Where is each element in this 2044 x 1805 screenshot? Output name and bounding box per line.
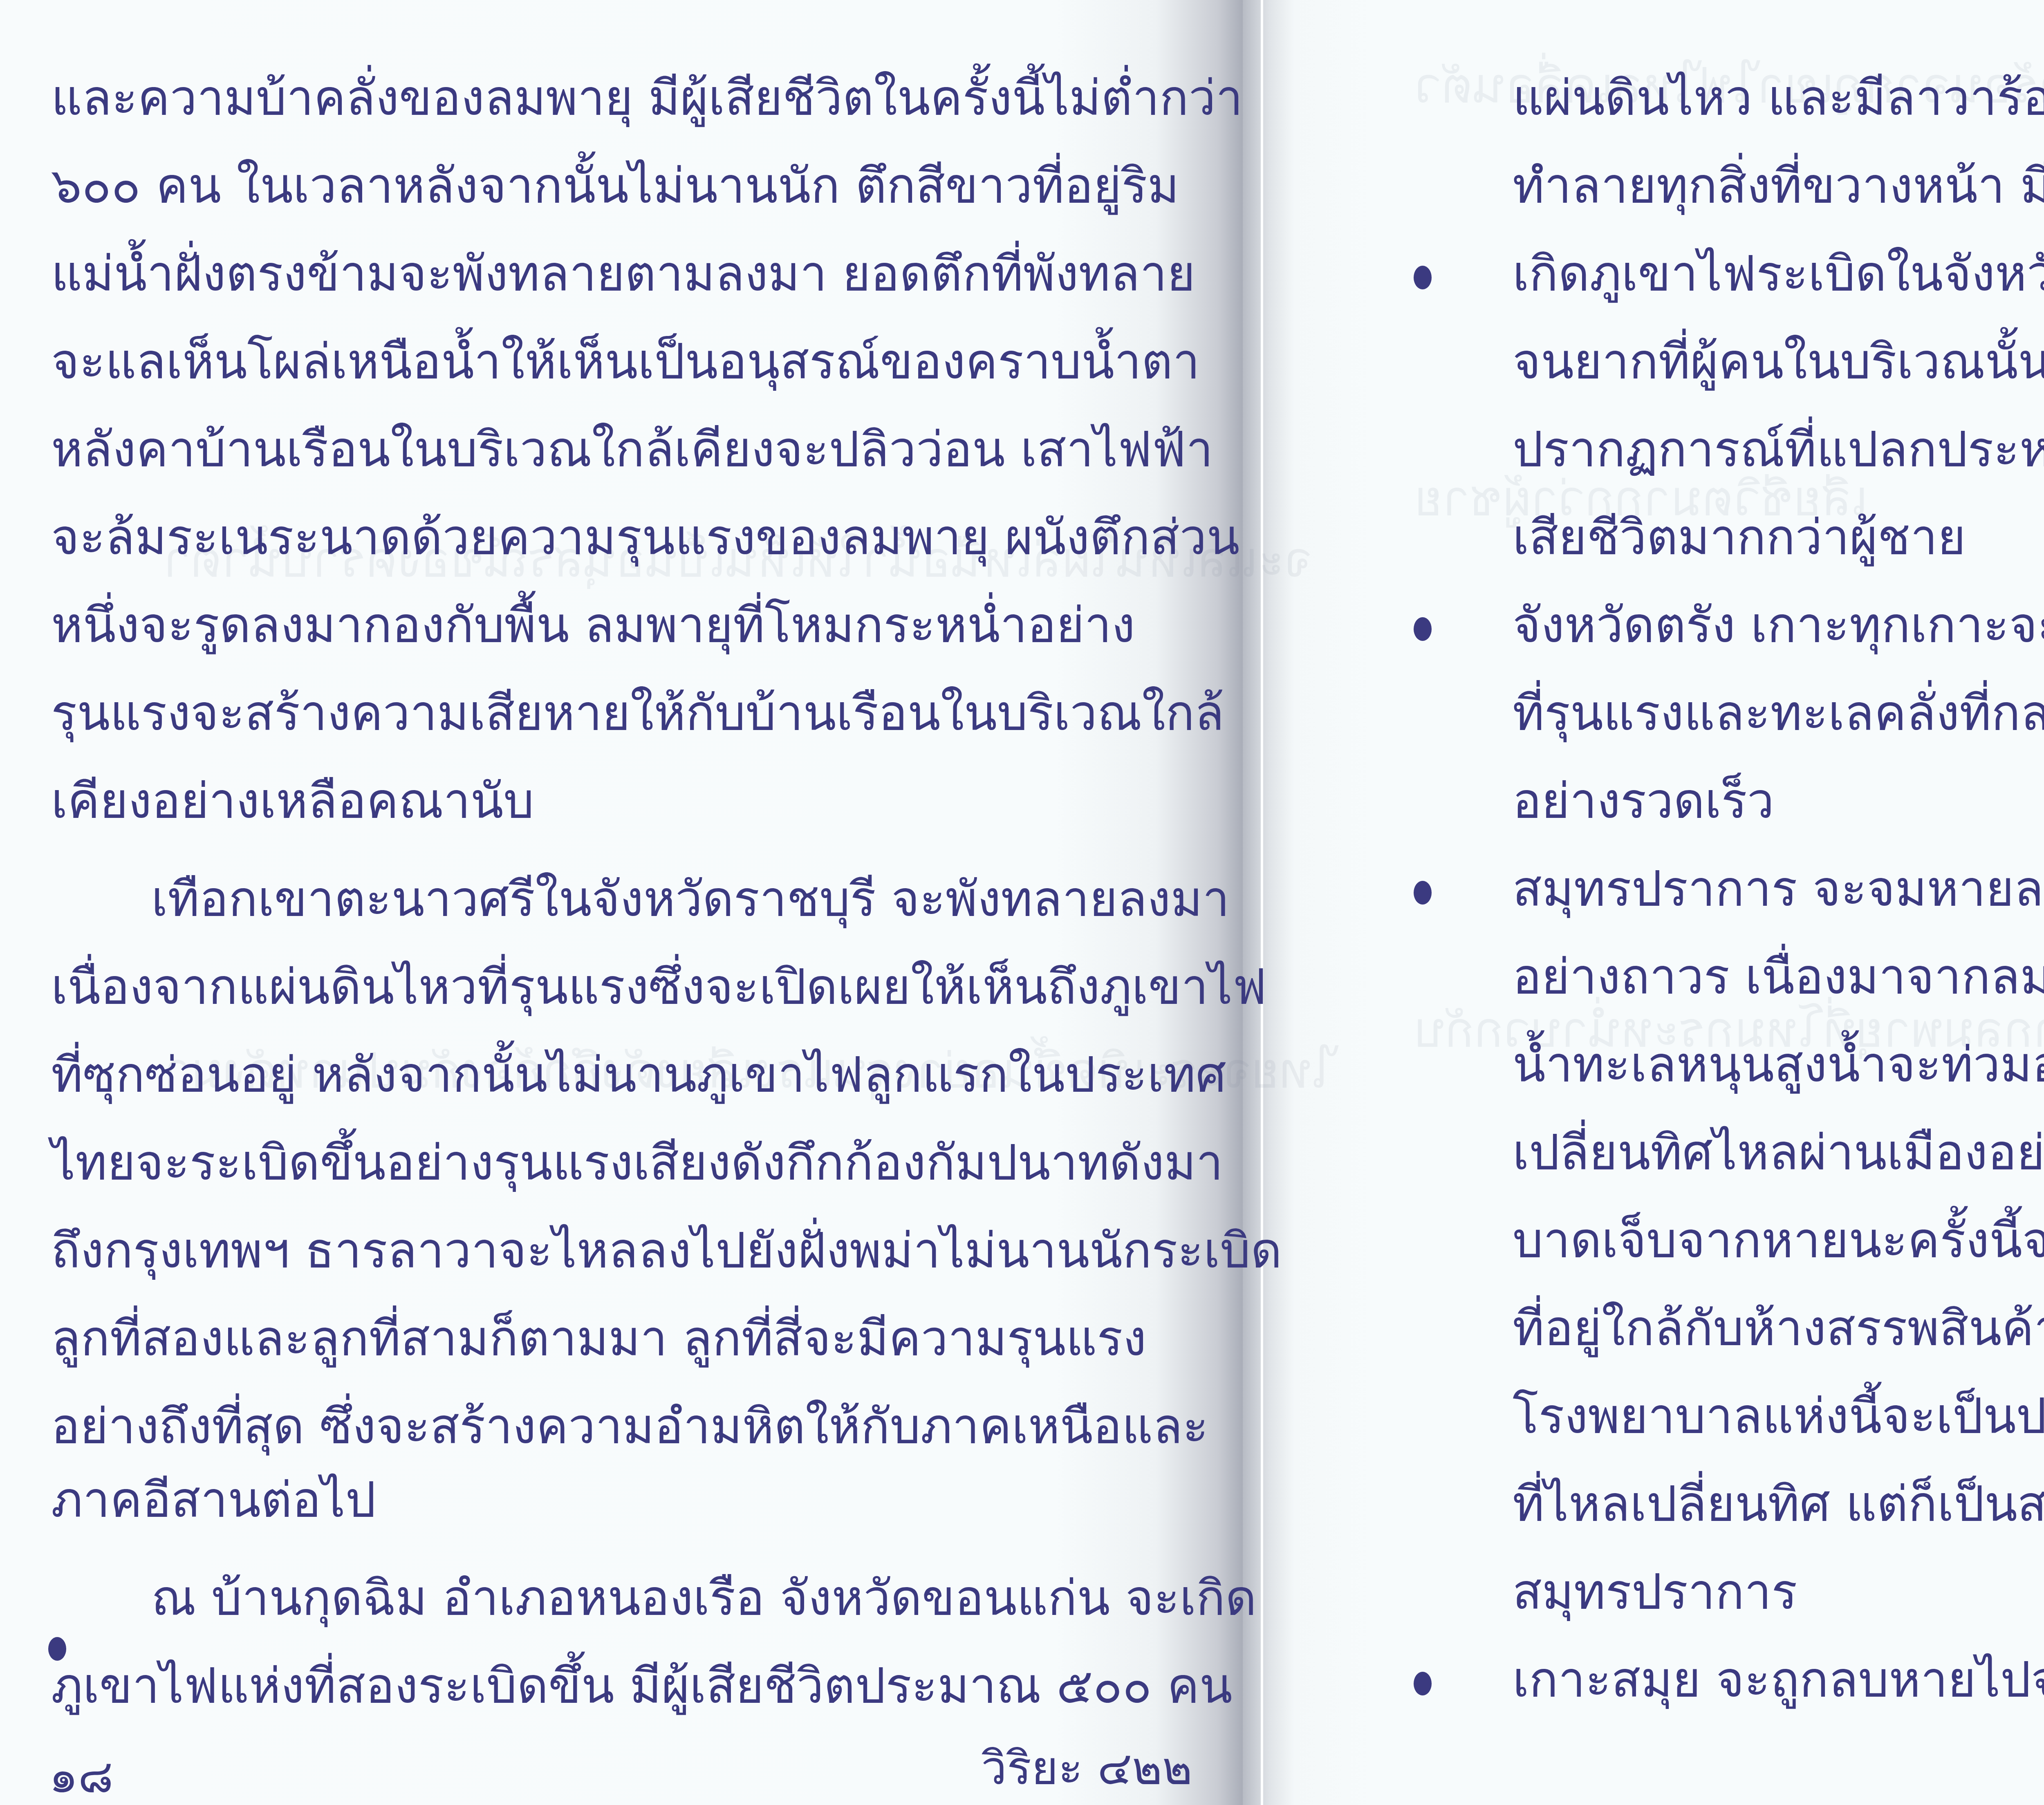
body-text-line: ๖๐๐ คน ในเวลาหลังจากนั้นไม่นานนัก ตึกสีข… bbox=[51, 161, 1132, 210]
body-text-line: เสียชีวิตมากกว่าผู้ชาย bbox=[1513, 513, 2044, 561]
book-gutter bbox=[1261, 0, 1263, 1805]
body-text-line: รุนแรงจะสร้างความเสียหายให้กับบ้านเรือนใ… bbox=[51, 689, 1132, 737]
bullet-icon bbox=[1414, 617, 1432, 641]
body-text-line: ปรากฏการณ์ที่แปลกประหลาด มีจำนวนเด็กและผ… bbox=[1513, 425, 2044, 473]
body-text-line: ภูเขาไฟแห่งที่สองระเบิดขึ้น มีผู้เสียชีว… bbox=[51, 1662, 1132, 1710]
body-text-line: บาดเจ็บจากหายนะครั้งนี้จะถูกนำส่งโรงพยาบ… bbox=[1513, 1216, 2044, 1264]
body-text-line: เกาะสมุย จะถูกลบหายไปจากแผนที่โลก เนื่อง… bbox=[1513, 1655, 2044, 1704]
body-text-line: เนื่องจากแผ่นดินไหวที่รุนแรงซึ่งจะเปิดเผ… bbox=[51, 963, 1132, 1011]
body-text-line: น้ำทะเลหนุนสูงน้ำจะท่วมอย่างรวดเร็วและมี… bbox=[1513, 1040, 2044, 1088]
body-text-line: ลูกที่สองและลูกที่สามก็ตามมา ลูกที่สี่จะ… bbox=[51, 1314, 1132, 1362]
body-text-line: แผ่นดินไหว และมีลาวาร้อนจากภูเขาไฟไหลเคล… bbox=[1513, 74, 2044, 122]
body-text-line: จะล้มระเนระนาดด้วยความรุนแรงของลมพายุ ผน… bbox=[51, 513, 1132, 561]
body-text-line: ที่ไหลเปลี่ยนทิศ แต่ก็เป็นสถานที่ปลอดภัย… bbox=[1513, 1480, 2044, 1528]
body-text-line: ภาคอีสานต่อไป bbox=[51, 1476, 1132, 1524]
body-text-line: สมุทรปราการ bbox=[1513, 1568, 2044, 1616]
body-text-line: อย่างถาวร เนื่องมาจากลมพายุที่โหมกระหน่ำ… bbox=[1513, 952, 2044, 1001]
bullet-icon bbox=[48, 1637, 66, 1661]
body-text-line: ที่ซุกซ่อนอยู่ หลังจากนั้นไม่นานภูเขาไฟล… bbox=[51, 1050, 1132, 1099]
body-text-line: อย่างถึงที่สุด ซึ่งจะสร้างความอำมหิตให้ก… bbox=[51, 1402, 1132, 1450]
body-text-line: และความบ้าคลั่งของลมพายุ มีผู้เสียชีวิตใ… bbox=[51, 74, 1132, 122]
body-text-line: แม่น้ำฝั่งตรงข้ามจะพังทลายตามลงมา ยอดตึก… bbox=[51, 249, 1132, 298]
bullet-icon bbox=[1414, 266, 1432, 289]
body-text-line: สมุทรปราการ จะจมหายลงไปในท้องทะเลครึ่งเม… bbox=[1513, 864, 2044, 913]
body-text-line: หนึ่งจะรูดลงมากองกับพื้น ลมพายุที่โหมกระ… bbox=[51, 601, 1132, 649]
body-text-line: จังหวัดตรัง เกาะทุกเกาะจะจมหายไปเนื่องจา… bbox=[1513, 601, 2044, 649]
body-text-line: เปลี่ยนทิศไหลผ่านเมืองอย่างน่าหวาดกลัว ผ… bbox=[1513, 1128, 2044, 1176]
body-text-line: เคียงอย่างเหลือคณานับ bbox=[51, 777, 1132, 825]
body-text-line: จนยากที่ผู้คนในบริเวณนั้นจะตั้งตัวทันและ… bbox=[1513, 337, 2044, 385]
body-text-line: ที่รุนแรงและทะเลคลั่งที่กลบกลืนหมู่เกาะใ… bbox=[1513, 689, 2044, 737]
page-number-left: ๑๘ bbox=[49, 1753, 114, 1799]
body-text-line: หลังคาบ้านเรือนในบริเวณใกล้เคียงจะปลิวว่… bbox=[51, 425, 1132, 473]
body-text-line: โรงพยาบาลแห่งนี้จะเป็นประตูต้นทางของกระแ… bbox=[1513, 1392, 2044, 1440]
body-text-line: ไทยจะระเบิดขึ้นอย่างรุนแรงเสียงดังกึกก้อ… bbox=[51, 1138, 1132, 1187]
body-text-line: เกิดภูเขาไฟระเบิดในจังหวัดกาฬสินธุ์อย่าง… bbox=[1513, 249, 2044, 298]
bullet-icon bbox=[1414, 1672, 1432, 1695]
body-text-line: จะแลเห็นโผล่เหนือน้ำให้เห็นเป็นอนุสรณ์ขอ… bbox=[51, 337, 1132, 385]
body-text-line: ทำลายทุกสิ่งที่ขวางหน้า มีผู้เสียชีวิตร่… bbox=[1513, 161, 2044, 210]
running-title-left: วิริยะ ๔๒๒ bbox=[981, 1745, 1192, 1791]
body-text-line: อย่างรวดเร็ว bbox=[1513, 777, 2044, 825]
body-text-line: เทือกเขาตะนาวศรีในจังหวัดราชบุรี จะพังทล… bbox=[151, 875, 1132, 923]
body-text-line: ถึงกรุงเทพฯ ธารลาวาจะไหลลงไปยังฝั่งพม่าไ… bbox=[51, 1226, 1132, 1274]
body-text-line: ที่อยู่ใกล้กับห้างสรรพสินค้าชื่อดังในย่า… bbox=[1513, 1304, 2044, 1352]
body-text-line: ณ บ้านกุดฉิม อำเภอหนองเรือ จังหวัดขอนแก่… bbox=[151, 1574, 1132, 1622]
bullet-icon bbox=[1414, 881, 1432, 905]
